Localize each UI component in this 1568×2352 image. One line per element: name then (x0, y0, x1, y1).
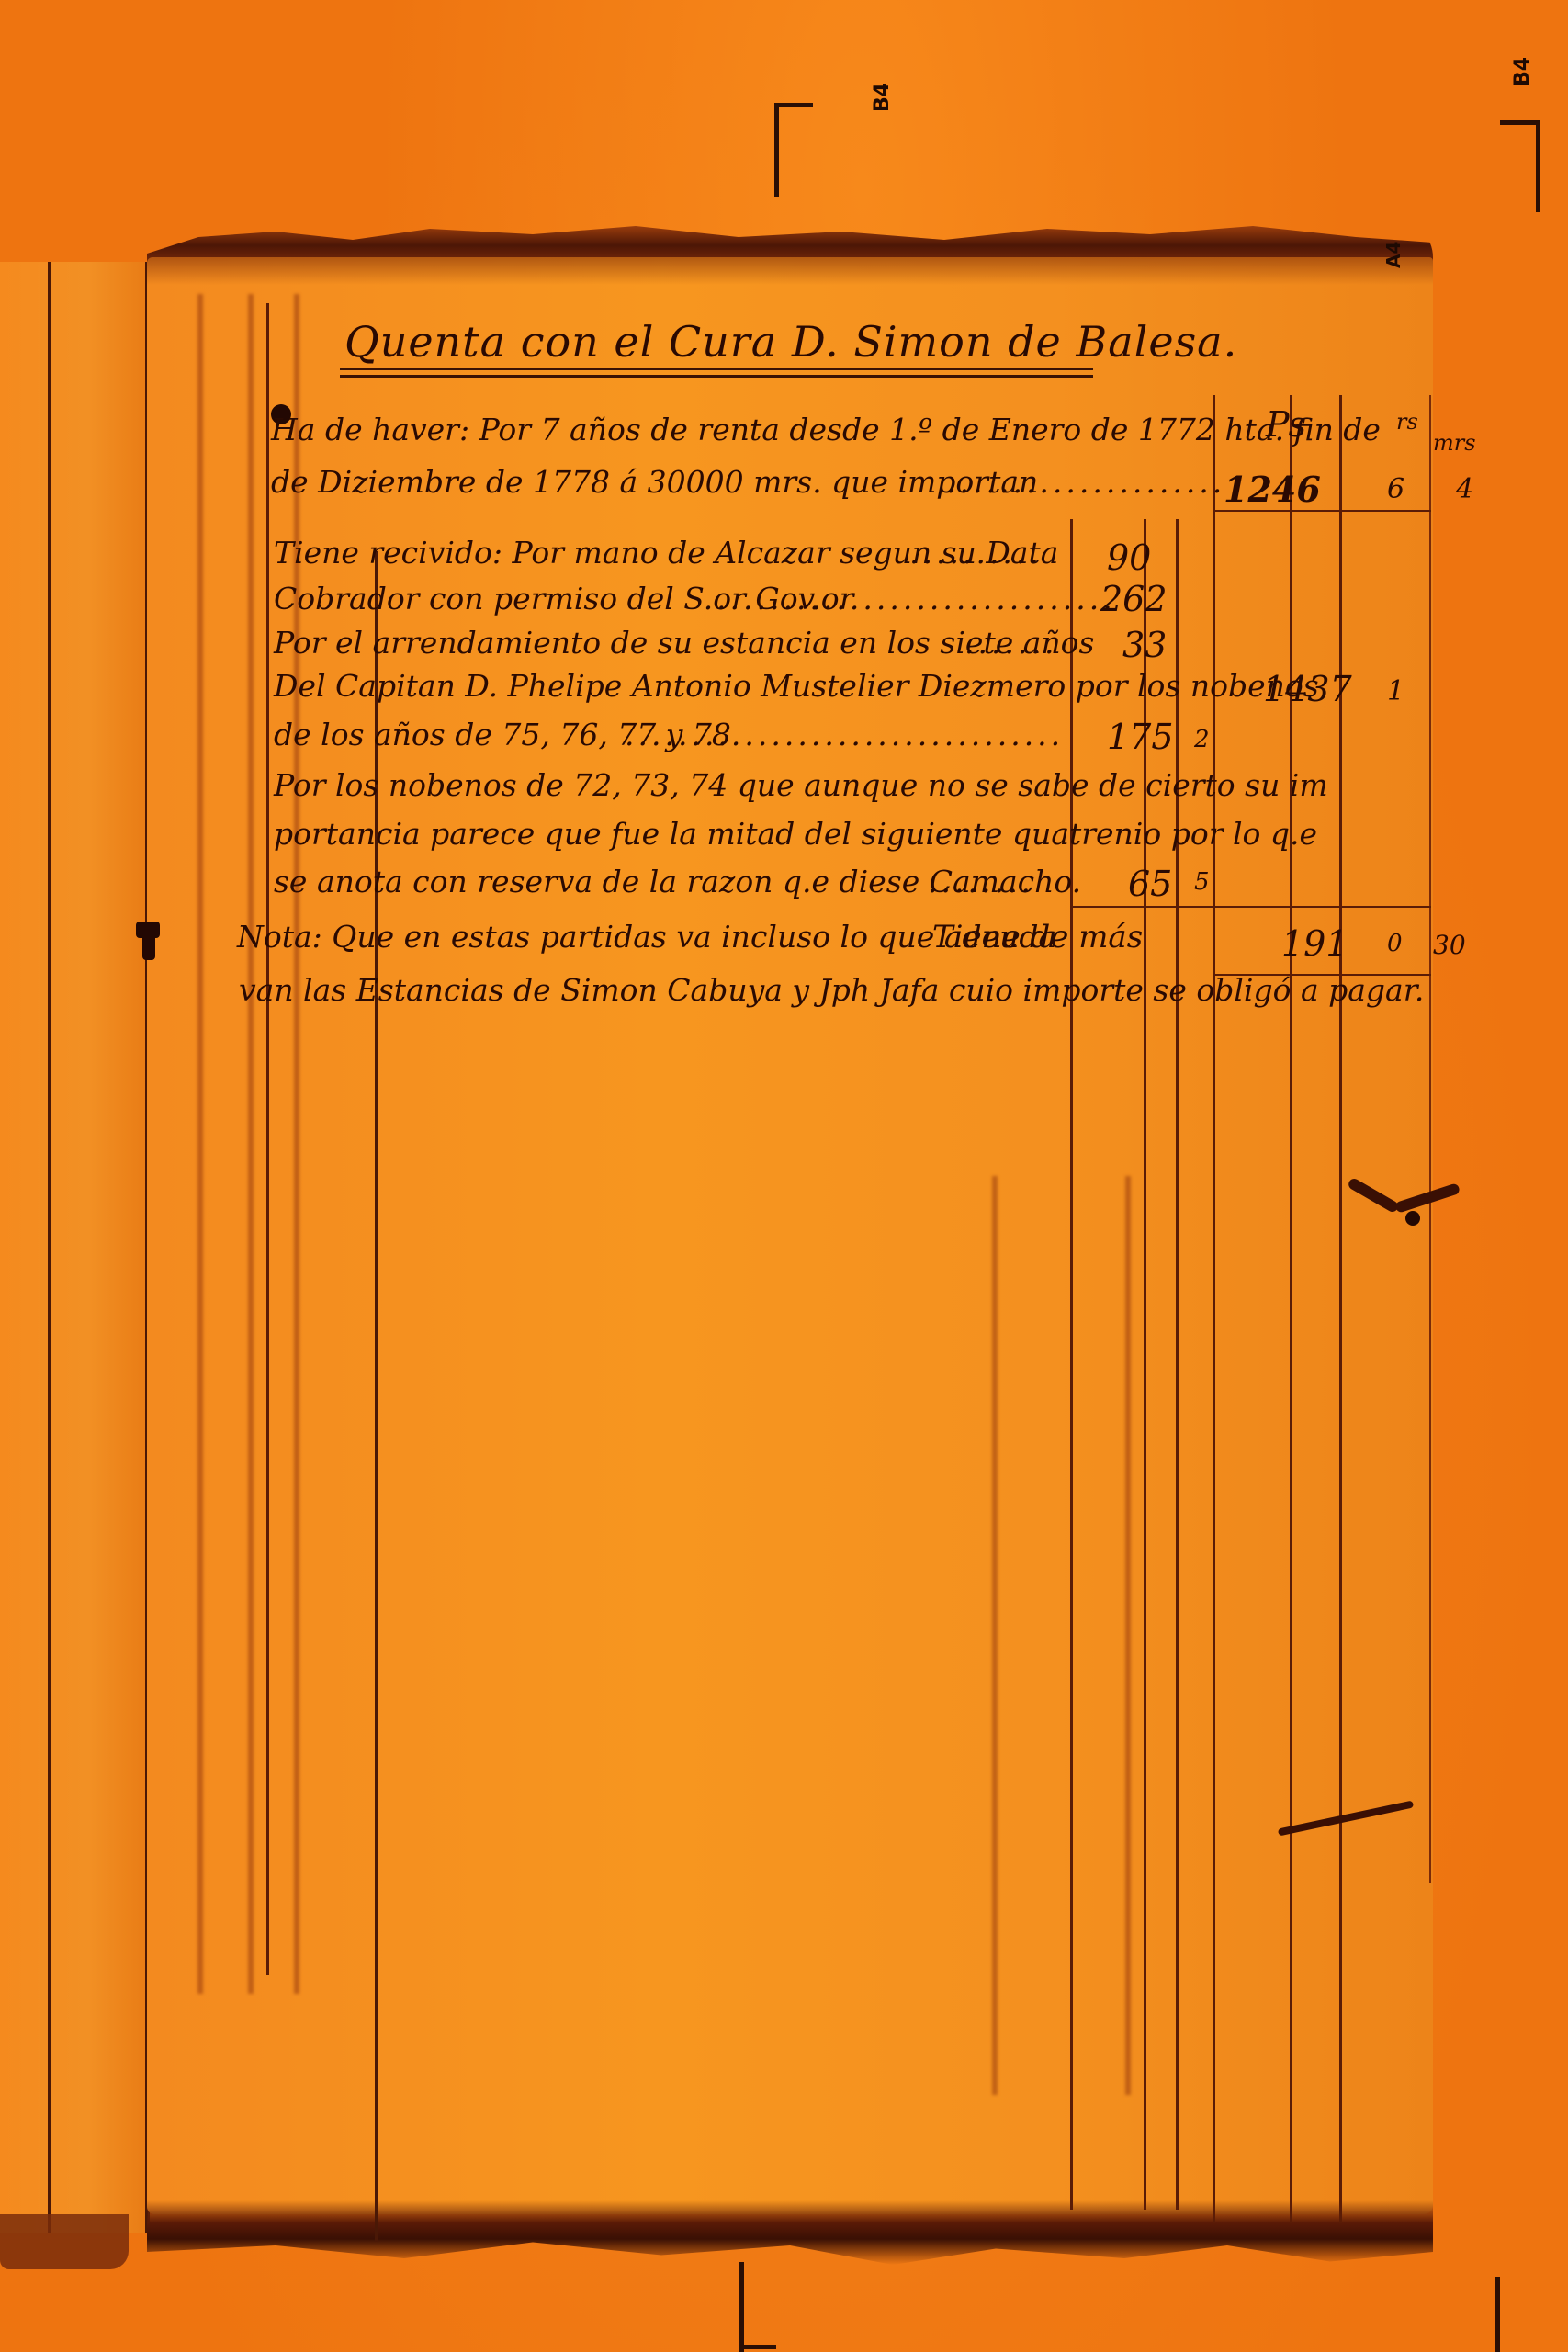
facing-page-strip (0, 262, 150, 2233)
facing-page-shadow (0, 2214, 129, 2269)
crop-label-a4: A4 (1382, 242, 1404, 268)
charge-reales: 6 (1387, 473, 1404, 505)
header-maravedis: mrs (1433, 430, 1476, 456)
charge-maravedis: 4 (1456, 473, 1473, 505)
receipt-line-5a: Por los nobenos de 72, 73, 74 que aunque… (274, 767, 1328, 803)
title-underline (340, 367, 1093, 370)
balance-label: Tiene de más (932, 919, 1143, 955)
crop-label-b4-right: B4 (1511, 57, 1534, 86)
balance-reales: 0 (1387, 930, 1403, 957)
receipts-total-reales: 1 (1387, 675, 1404, 707)
receipt-amount-3: 33 (1122, 625, 1167, 665)
note-line-2: van las Estancias de Simon Cabuya y Jph … (239, 972, 1424, 1008)
charge-pesos: 1246 (1224, 469, 1321, 510)
crop-mark-bottom-right (1495, 2277, 1500, 2352)
balance-maravedis: 30 (1433, 930, 1466, 960)
receipt-reales-4: 2 (1194, 726, 1210, 753)
receipt-amount-1: 90 (1107, 537, 1151, 578)
receipt-reales-5: 5 (1194, 868, 1210, 896)
crop-mark-bottom-left (739, 2262, 744, 2352)
ledger-title: Quenta con el Cura D. Simon de Balesa. (344, 317, 1237, 367)
receipt-line-5b: portancia parece que fue la mitad del si… (274, 816, 1317, 852)
balance-pesos: 191 (1281, 923, 1348, 964)
receipt-line-4a: Del Capitan D. Phelipe Antonio Mustelier… (274, 668, 1319, 704)
receipts-total-pesos: 1437 (1263, 669, 1352, 709)
charge-line-2: de Diziembre de 1778 á 30000 mrs. que im… (271, 464, 1038, 500)
receipt-amount-2: 262 (1100, 579, 1168, 619)
receipt-amount-5: 65 (1128, 864, 1172, 904)
header-reales: rs (1396, 409, 1418, 435)
charge-line-1: Ha de haver: Por 7 años de renta desde 1… (271, 412, 1381, 447)
receipt-amount-4: 175 (1107, 717, 1174, 757)
crop-label-b4-left: B4 (871, 83, 894, 112)
